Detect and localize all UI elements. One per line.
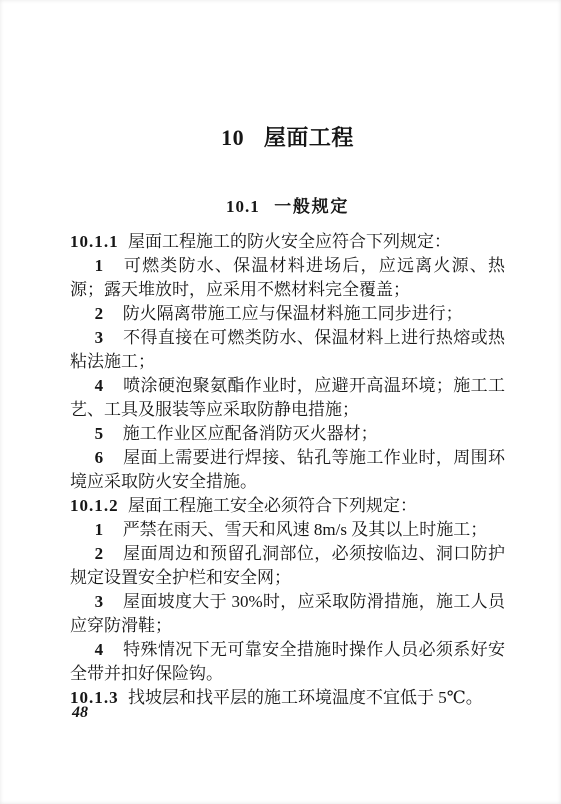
item-text: 严禁在雨天、雪天和风速 8m/s 及其以上时施工； bbox=[123, 520, 488, 539]
chapter-number: 10 bbox=[221, 125, 244, 150]
clause-item: 4喷涂硬泡聚氨酯作业时，应避开高温环境；施工工艺、工具及服装等应采取防静电措施； bbox=[70, 374, 505, 422]
clause-item: 3屋面坡度大于 30%时，应采取防滑措施，施工人员应穿防滑鞋； bbox=[70, 590, 505, 638]
item-number: 5 bbox=[95, 424, 104, 443]
item-number: 2 bbox=[95, 304, 104, 323]
clause-item: 1可燃类防水、保温材料进场后，应远离火源、热源；露天堆放时，应采用不燃材料完全覆… bbox=[70, 254, 505, 302]
item-text: 屋面上需要进行焊接、钻孔等施工作业时，周围环境应采取防火安全措施。 bbox=[70, 448, 505, 491]
clause-item: 2防火隔离带施工应与保温材料施工同步进行； bbox=[70, 302, 505, 326]
document-page: 10屋面工程 10.1一般规定 10.1.1屋面工程施工的防火安全应符合下列规定… bbox=[0, 0, 561, 804]
chapter-title-text: 屋面工程 bbox=[264, 125, 354, 150]
item-text: 施工作业区应配备消防灭火器材； bbox=[123, 424, 378, 443]
item-text: 屋面坡度大于 30%时，应采取防滑措施，施工人员应穿防滑鞋； bbox=[70, 592, 505, 635]
item-number: 1 bbox=[95, 256, 104, 275]
clause-number: 10.1.1 bbox=[70, 232, 119, 251]
clause-item: 1严禁在雨天、雪天和风速 8m/s 及其以上时施工； bbox=[70, 518, 505, 542]
clause-item: 4特殊情况下无可靠安全措施时操作人员必须系好安全带并扣好保险钩。 bbox=[70, 638, 505, 686]
clause-text: 找坡层和找平层的施工环境温度不宜低于 5℃。 bbox=[128, 688, 483, 707]
chapter-title: 10屋面工程 bbox=[70, 126, 505, 150]
clause-heading-10-1-1: 10.1.1屋面工程施工的防火安全应符合下列规定： bbox=[70, 230, 505, 254]
item-number: 2 bbox=[95, 544, 104, 563]
item-text: 屋面周边和预留孔洞部位，必须按临边、洞口防护规定设置安全护栏和安全网； bbox=[70, 544, 505, 587]
clause-number: 10.1.2 bbox=[70, 496, 119, 515]
page-number: 48 bbox=[72, 704, 88, 722]
item-number: 4 bbox=[95, 640, 104, 659]
clause-text: 屋面工程施工安全必须符合下列规定： bbox=[128, 496, 417, 515]
item-number: 1 bbox=[95, 520, 104, 539]
clause-item: 5施工作业区应配备消防灭火器材； bbox=[70, 422, 505, 446]
section-title-text: 一般规定 bbox=[274, 197, 349, 216]
clause-item: 2屋面周边和预留孔洞部位，必须按临边、洞口防护规定设置安全护栏和安全网； bbox=[70, 542, 505, 590]
section-number: 10.1 bbox=[226, 197, 260, 216]
clause-item: 3不得直接在可燃类防水、保温材料上进行热熔或热粘法施工； bbox=[70, 326, 505, 374]
clause-text: 屋面工程施工的防火安全应符合下列规定： bbox=[128, 232, 451, 251]
item-number: 6 bbox=[95, 448, 104, 467]
clause-heading-10-1-2: 10.1.2屋面工程施工安全必须符合下列规定： bbox=[70, 494, 505, 518]
item-text: 喷涂硬泡聚氨酯作业时，应避开高温环境；施工工艺、工具及服装等应采取防静电措施； bbox=[70, 376, 505, 419]
item-text: 不得直接在可燃类防水、保温材料上进行热熔或热粘法施工； bbox=[70, 328, 505, 371]
clause-item: 6屋面上需要进行焊接、钻孔等施工作业时，周围环境应采取防火安全措施。 bbox=[70, 446, 505, 494]
clause-heading-10-1-3: 10.1.3找坡层和找平层的施工环境温度不宜低于 5℃。 bbox=[70, 686, 505, 710]
item-text: 防火隔离带施工应与保温材料施工同步进行； bbox=[123, 304, 463, 323]
item-number: 4 bbox=[95, 376, 104, 395]
item-number: 3 bbox=[95, 592, 104, 611]
section-title: 10.1一般规定 bbox=[70, 196, 505, 218]
item-text: 特殊情况下无可靠安全措施时操作人员必须系好安全带并扣好保险钩。 bbox=[70, 640, 505, 683]
item-text: 可燃类防水、保温材料进场后，应远离火源、热源；露天堆放时，应采用不燃材料完全覆盖… bbox=[70, 256, 505, 299]
item-number: 3 bbox=[95, 328, 104, 347]
page-content: 10屋面工程 10.1一般规定 10.1.1屋面工程施工的防火安全应符合下列规定… bbox=[0, 0, 561, 710]
document-body: 10.1.1屋面工程施工的防火安全应符合下列规定： 1可燃类防水、保温材料进场后… bbox=[70, 230, 505, 710]
